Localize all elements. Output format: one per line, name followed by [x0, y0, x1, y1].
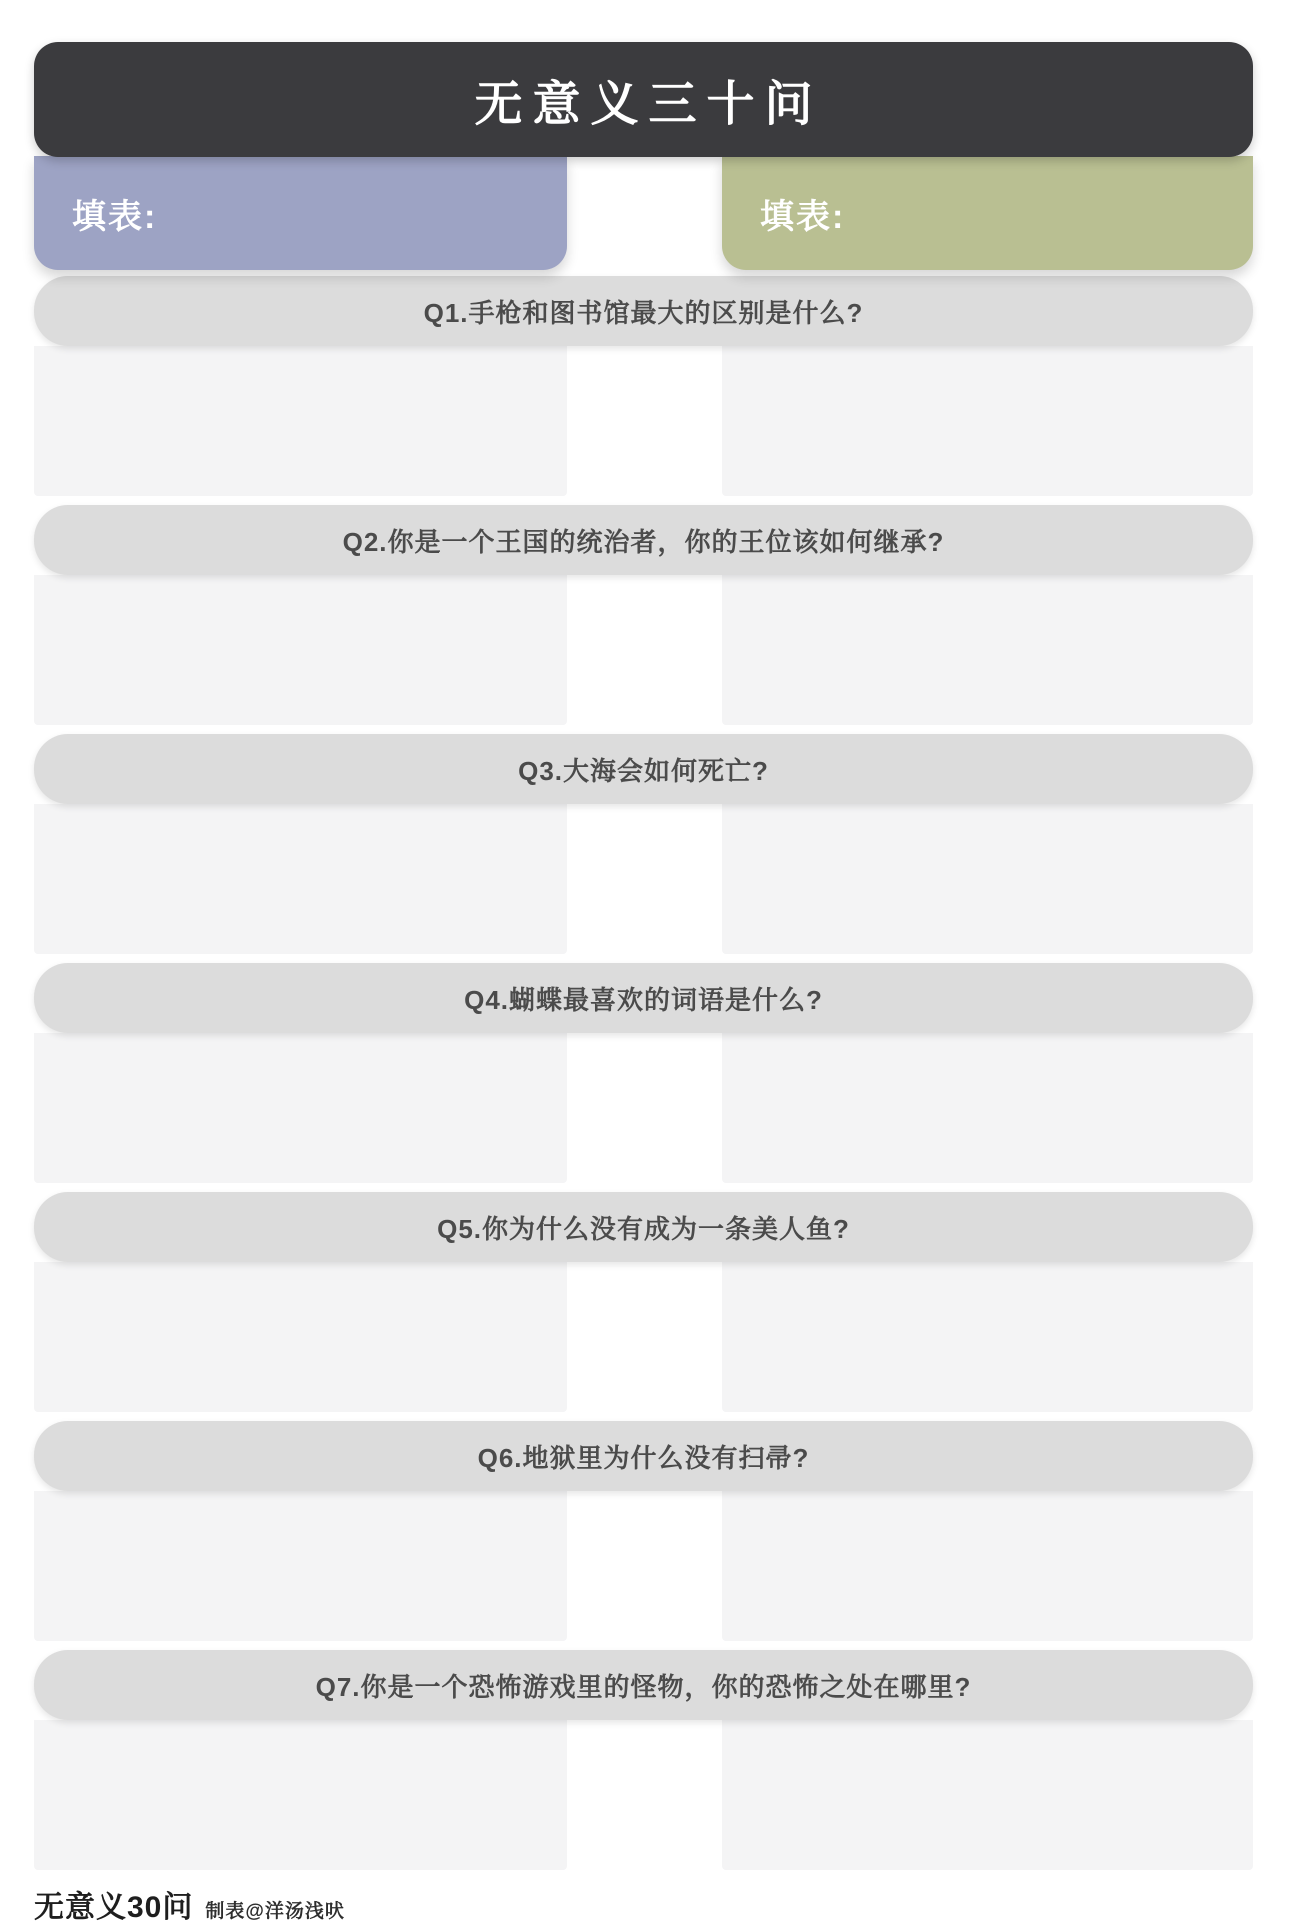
answer-area-2-left[interactable]	[34, 575, 567, 725]
question-row-1: Q1.手枪和图书馆最大的区别是什么?	[34, 276, 1253, 498]
question-text-4: Q4.蝴蝶最喜欢的词语是什么?	[464, 980, 823, 1017]
footer: 无意义30问 制表@洋汤浅吠	[34, 1882, 345, 1926]
question-bar-5: Q5.你为什么没有成为一条美人鱼?	[34, 1192, 1253, 1262]
footer-title: 无意义30问	[34, 1882, 193, 1926]
answer-area-2-right[interactable]	[722, 575, 1253, 725]
fill-name-cell-right[interactable]: 填表:	[722, 156, 1253, 270]
fill-label-right: 填表:	[760, 189, 845, 238]
question-text-1: Q1.手枪和图书馆最大的区别是什么?	[424, 293, 864, 330]
answer-area-7-left[interactable]	[34, 1720, 567, 1870]
fill-label-left: 填表:	[72, 189, 157, 238]
title-bar: 无意义三十问	[34, 42, 1253, 157]
answers-row-2	[34, 575, 1253, 725]
question-text-3: Q3.大海会如何死亡?	[518, 751, 769, 788]
answers-row-6	[34, 1491, 1253, 1641]
question-text-2: Q2.你是一个王国的统治者，你的王位该如何继承?	[343, 522, 945, 559]
answer-area-5-left[interactable]	[34, 1262, 567, 1412]
question-bar-7: Q7.你是一个恐怖游戏里的怪物，你的恐怖之处在哪里?	[34, 1650, 1253, 1720]
question-row-4: Q4.蝴蝶最喜欢的词语是什么?	[34, 963, 1253, 1185]
answers-row-3	[34, 804, 1253, 954]
fill-name-cell-left[interactable]: 填表:	[34, 156, 567, 270]
question-row-2: Q2.你是一个王国的统治者，你的王位该如何继承?	[34, 505, 1253, 727]
questionnaire-page: 无意义三十问 填表: 填表: Q1.手枪和图书馆最大的区别是什么? Q2.你是一…	[0, 0, 1290, 1932]
answer-area-1-right[interactable]	[722, 346, 1253, 496]
footer-credit: 制表@洋汤浅吠	[205, 1896, 345, 1923]
question-row-6: Q6.地狱里为什么没有扫帚?	[34, 1421, 1253, 1643]
answer-area-6-left[interactable]	[34, 1491, 567, 1641]
answer-area-4-left[interactable]	[34, 1033, 567, 1183]
answer-area-6-right[interactable]	[722, 1491, 1253, 1641]
answers-row-7	[34, 1720, 1253, 1870]
question-row-7: Q7.你是一个恐怖游戏里的怪物，你的恐怖之处在哪里?	[34, 1650, 1253, 1872]
answer-area-5-right[interactable]	[722, 1262, 1253, 1412]
question-row-3: Q3.大海会如何死亡?	[34, 734, 1253, 956]
answers-row-5	[34, 1262, 1253, 1412]
answers-row-1	[34, 346, 1253, 496]
question-bar-4: Q4.蝴蝶最喜欢的词语是什么?	[34, 963, 1253, 1033]
answer-area-3-right[interactable]	[722, 804, 1253, 954]
answer-area-1-left[interactable]	[34, 346, 567, 496]
answers-row-4	[34, 1033, 1253, 1183]
question-text-7: Q7.你是一个恐怖游戏里的怪物，你的恐怖之处在哪里?	[316, 1667, 972, 1704]
question-bar-1: Q1.手枪和图书馆最大的区别是什么?	[34, 276, 1253, 346]
question-row-5: Q5.你为什么没有成为一条美人鱼?	[34, 1192, 1253, 1414]
question-text-5: Q5.你为什么没有成为一条美人鱼?	[437, 1209, 850, 1246]
answer-area-3-left[interactable]	[34, 804, 567, 954]
question-bar-6: Q6.地狱里为什么没有扫帚?	[34, 1421, 1253, 1491]
page-title: 无意义三十问	[464, 65, 822, 134]
answer-area-4-right[interactable]	[722, 1033, 1253, 1183]
question-bar-2: Q2.你是一个王国的统治者，你的王位该如何继承?	[34, 505, 1253, 575]
question-bar-3: Q3.大海会如何死亡?	[34, 734, 1253, 804]
question-text-6: Q6.地狱里为什么没有扫帚?	[478, 1438, 810, 1475]
answer-area-7-right[interactable]	[722, 1720, 1253, 1870]
